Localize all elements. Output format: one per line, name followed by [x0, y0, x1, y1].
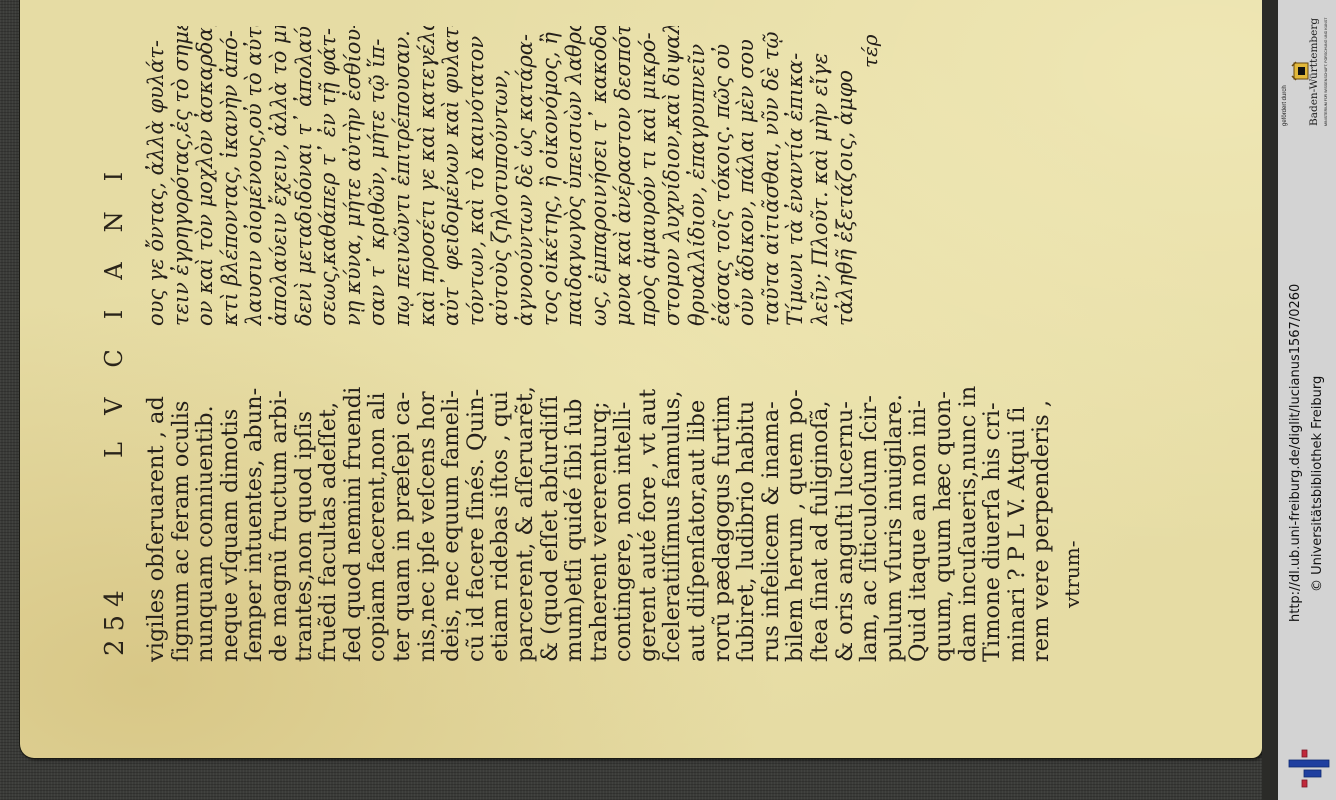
latin-line: cũ id facere ſinés. Quin- [464, 362, 489, 662]
latin-line: dam incuſaueris,nunc in [956, 362, 981, 662]
sponsor-ministry: MINISTERIUM FÜR WISSENSCHAFT, FORSCHUNG … [1324, 18, 1328, 126]
greek-line: παιδαγωγὸς ὑπεισιὼν λαθραί- [562, 26, 587, 326]
latin-line: pulum vſuris inuigilare. [882, 362, 907, 662]
greek-line: τἀληθῆ ἐξετάζοις, ἀμφο [833, 26, 858, 326]
latin-line: ſtea ſinat ad fuliginoſã, [808, 362, 833, 662]
latin-line: rus infelicem & inama- [759, 362, 784, 662]
greek-line: ἐάσας τοῖς τόκοις. πῶς οὐ [710, 26, 735, 326]
latin-line: fruẽdi facultas adeſſet, [316, 362, 341, 662]
greek-line: Τίμωνι τὰ ἐναντία ἐπικα- [783, 26, 808, 326]
latin-line: rorũ pædagogus furtim [710, 362, 735, 662]
greek-line: πῳ πεινῶντι ἐπιτρέπουσαν. [390, 26, 415, 326]
permalink[interactable]: http://dl.ub.uni-freiburg.de/diglit/luci… [1288, 284, 1303, 622]
greek-line: νῃ κύνα, μήτε αὐτὴν ἐσθίου- [341, 26, 366, 326]
latin-line: minari ? P L V. Atqui ſi [1005, 362, 1030, 662]
latin-line: vigiles obſeruarent , ad [144, 362, 169, 662]
latin-line: contingere, non intelli- [611, 362, 636, 662]
greek-line: ως, ἐμπαροινήσει τ᾿ κακοδαί [587, 26, 612, 326]
latin-line: bilem herum , quem po- [783, 362, 808, 662]
latin-line: rem vere perpenderis , [1029, 362, 1054, 662]
ub-freiburg-logo-icon[interactable] [1288, 748, 1332, 794]
latin-line: lam, ac ſiticuloſum ſcir- [857, 362, 882, 662]
latin-line: aut diſpenſator,aut libe [685, 362, 710, 662]
latin-line: copiam facerent,non ali [365, 362, 390, 662]
greek-line: τος οἰκέτης, ἢ οἰκονόμος, ἢ [538, 26, 563, 326]
greek-line: λαυσιν οἰομένους,οὐ τὸ αὐτοὺς [242, 26, 267, 326]
page-content-rotated: 254 LVCIANI vigiles obſeruarent , adſign… [20, 0, 1262, 758]
latin-line: gerent auté fore , vt aut [636, 362, 661, 662]
latin-line: Timone diuerſa his cri- [980, 362, 1005, 662]
page-number: 254 [100, 582, 130, 656]
latin-column: vigiles obſeruarent , adſignum ac feram … [144, 362, 1054, 662]
page-viewer[interactable]: 254 LVCIANI vigiles obſeruarent , adſign… [0, 0, 1278, 800]
copyright-notice: © Universitätsbibliothek Freiburg [1310, 376, 1325, 592]
latin-line: & oris anguſti lucernu- [833, 362, 858, 662]
attribution-sidebar: gefördert durch Baden-Württemberg MINIST… [1278, 0, 1336, 800]
greek-line: μονα καὶ ἀνέραστον δεσπότην, [611, 26, 636, 326]
latin-line: trantes,non quod ipſis [292, 362, 317, 662]
latin-line: etiam ridebas iſtos , qui [488, 362, 513, 662]
scanned-page: 254 LVCIANI vigiles obſeruarent , adſign… [20, 0, 1262, 758]
greek-line: σεως,καθάπερ τ᾿ ἐν τῇ φάτ- [316, 26, 341, 326]
latin-line: de magnũ fructum arbi- [267, 362, 292, 662]
latin-line: ſceleratiſſimus famulus, [660, 362, 685, 662]
greek-line: θρυαλλίδιον, ἐπαγρυπνεῖν [685, 26, 710, 326]
latin-line: traherent vererenturq; [587, 362, 612, 662]
sponsor-block: gefördert durch Baden-Württemberg MINIST… [1278, 0, 1336, 130]
running-head: LVCIANI [100, 142, 128, 458]
latin-line: ſemper intuentes, abun- [242, 362, 267, 662]
latin-line: ter quam in præſepi ca- [390, 362, 415, 662]
latin-line: ſignum ac feram oculis [169, 362, 194, 662]
citation-block: http://dl.ub.uni-freiburg.de/diglit/luci… [1278, 160, 1336, 640]
greek-column: ους γε ὄντας, ἀλλὰ φυλάτ-τειν ἐγρηγορότα… [144, 26, 857, 326]
latin-line: deis, nec equum fameli- [439, 362, 464, 662]
greek-line: ἀγνοούντων δὲ ὡς κατάρα- [513, 26, 538, 326]
greek-line: οὖν ἄδικον, πάλαι μὲν σου [734, 26, 759, 326]
latin-line: ſubiret, ludibrio habitu [734, 362, 759, 662]
sponsor-label: gefördert durch [1282, 85, 1288, 126]
latin-line: nunquam conniuentib. [193, 362, 218, 662]
greek-line: λεῖν; Πλοῦτ. καὶ μὴν εἴγε [808, 26, 833, 326]
page-header: 254 LVCIANI [100, 0, 140, 758]
book-spine-edge [1262, 0, 1278, 800]
greek-line: κτὶ βλέποντας, ἱκανὴν ἀπό- [218, 26, 243, 326]
greek-line: ον καὶ τὸν μοχλὸν ἀσκαρδαμυ [193, 26, 218, 326]
greek-line: δενὶ μεταδιδόναι τ᾿ ἀπολαύ- [292, 26, 317, 326]
greek-line: ταῦτα αἰτιᾶσθαι, νῦν δὲ τῷ [759, 26, 784, 326]
latin-line: & (quod eſſet abſurdiſſi [538, 362, 563, 662]
greek-line: στομον λυχνίδιον,καὶ διψαλέον [660, 26, 685, 326]
sponsor-name: Baden-Württemberg [1308, 18, 1320, 126]
latin-line: quum, quum hæc quon- [931, 362, 956, 662]
latin-line: mum)etſi quidé ſibi ſub [562, 362, 587, 662]
greek-line: καὶ προσέτι γε καὶ κατεγέλας [415, 26, 440, 326]
greek-line: τόντων, καὶ τὸ καινότατον [464, 26, 489, 326]
latin-line: neque vſquam dimotis [218, 362, 243, 662]
greek-line: αὐτ᾿ φειδομένων καὶ φυλατ- [439, 26, 464, 326]
greek-line: πρὸς ἀμαυρόν τι καὶ μικρό- [636, 26, 661, 326]
latin-line: parcerent, & aſſeruarẽt, [513, 362, 538, 662]
greek-line: ἀπολαύειν ἔχειν, ἀλλὰ τὸ μη- [267, 26, 292, 326]
greek-line: τειν ἐγρηγορότας,ἐς τὸ σημεῖ [169, 26, 194, 326]
latin-line: ſed quod nemini fruendi [341, 362, 366, 662]
greek-line: σαν τ᾿ κριθῶν, μήτε τῷ ἵπ- [365, 26, 390, 326]
latin-line: nis,nec ipſe veſcens hor [415, 362, 440, 662]
latin-catchword: vtrum- [1060, 541, 1084, 609]
latin-line: Quid itaque an non ini- [906, 362, 931, 662]
greek-catchword: τέρ [858, 34, 882, 68]
greek-line: ους γε ὄντας, ἀλλὰ φυλάτ- [144, 26, 169, 326]
greek-line: αὐτοὺς ζηλοτυπούντων, [488, 26, 513, 326]
